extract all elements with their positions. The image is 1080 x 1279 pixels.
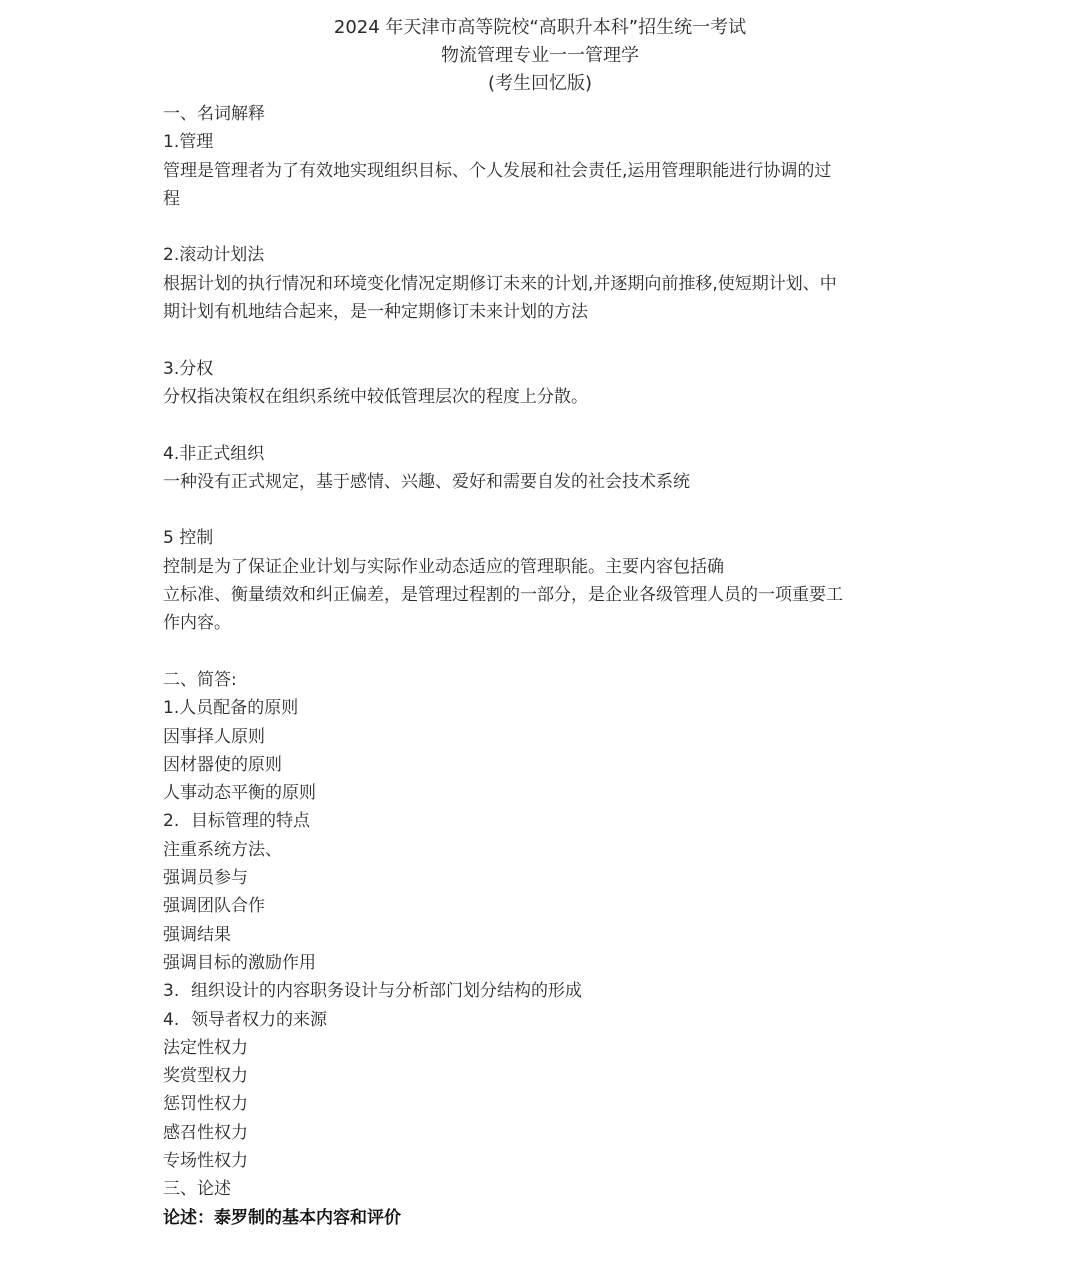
answer-point: 因材器使的原则 <box>163 751 923 779</box>
spacer <box>163 496 923 524</box>
question-title: 3.组织设计的内容职务设计与分析部门划分结构的形成 <box>163 977 923 1005</box>
document-subtitle: 物流管理专业一一管理学 <box>0 42 1080 70</box>
section-heading-3: 三、论述 <box>163 1175 923 1203</box>
essay-question: 论述：泰罗制的基本内容和评价 <box>163 1204 923 1232</box>
term-definition: 立标准、衡量绩效和纠正偏差，是管理过程割的一部分，是企业各级管理人员的一项重要工 <box>163 581 923 609</box>
section-heading-1: 一、名词解释 <box>163 100 923 128</box>
spacer <box>163 411 923 439</box>
term-title: 5 控制 <box>163 524 923 552</box>
term-title: 4.非正式组织 <box>163 440 923 468</box>
term-definition: 期计划有机地结合起来，是一种定期修订未来计划的方法 <box>163 298 923 326</box>
answer-point: 人事动态平衡的原则 <box>163 779 923 807</box>
question-text: 目标管理的特点 <box>191 811 310 831</box>
spacer <box>163 638 923 666</box>
document-title: 2024 年天津市高等院校“高职升本科”招生统一考试 <box>0 14 1080 42</box>
term-definition: 程 <box>163 185 923 213</box>
answer-point: 专场性权力 <box>163 1147 923 1175</box>
spacer <box>163 326 923 354</box>
term-definition: 控制是为了保证企业计划与实际作业动态适应的管理职能。主要内容包括确 <box>163 553 923 581</box>
term-definition: 管理是管理者为了有效地实现组织目标、个人发展和社会责任,运用管理职能进行协调的过 <box>163 157 923 185</box>
answer-point: 强调目标的激励作用 <box>163 949 923 977</box>
term-definition: 根据计划的执行情况和环境变化情况定期修订未来的计划,并逐期向前推移,使短期计划、… <box>163 270 923 298</box>
term-title: 2.滚动计划法 <box>163 241 923 269</box>
question-text: 组织设计的内容职务设计与分析部门划分结构的形成 <box>191 981 582 1001</box>
document-page: 2024 年天津市高等院校“高职升本科”招生统一考试 物流管理专业一一管理学 (… <box>0 0 1080 1279</box>
spacer <box>163 213 923 241</box>
answer-point: 强调团队合作 <box>163 892 923 920</box>
answer-point: 法定性权力 <box>163 1034 923 1062</box>
answer-point: 奖赏型权力 <box>163 1062 923 1090</box>
question-title: 1.人员配备的原则 <box>163 694 923 722</box>
question-title: 4.领导者权力的来源 <box>163 1006 923 1034</box>
question-number: 4. <box>163 1006 191 1034</box>
term-definition: 一种没有正式规定，基于感情、兴趣、爱好和需要自发的社会技术系统 <box>163 468 923 496</box>
document-header: 2024 年天津市高等院校“高职升本科”招生统一考试 物流管理专业一一管理学 (… <box>0 14 1080 98</box>
term-definition: 分权指决策权在组织系统中较低管理层次的程度上分散。 <box>163 383 923 411</box>
answer-point: 感召性权力 <box>163 1119 923 1147</box>
question-number: 2. <box>163 807 191 835</box>
term-title: 1.管理 <box>163 128 923 156</box>
answer-point: 因事择人原则 <box>163 723 923 751</box>
answer-point: 强调结果 <box>163 921 923 949</box>
section-heading-2: 二、简答: <box>163 666 923 694</box>
question-title: 2.目标管理的特点 <box>163 807 923 835</box>
term-definition: 作内容。 <box>163 609 923 637</box>
document-note: (考生回忆版) <box>0 70 1080 98</box>
answer-point: 惩罚性权力 <box>163 1090 923 1118</box>
answer-point: 注重系统方法、 <box>163 836 923 864</box>
document-body: 一、名词解释 1.管理 管理是管理者为了有效地实现组织目标、个人发展和社会责任,… <box>163 100 923 1232</box>
answer-point: 强调员参与 <box>163 864 923 892</box>
question-number: 3. <box>163 977 191 1005</box>
question-text: 领导者权力的来源 <box>191 1010 327 1030</box>
term-title: 3.分权 <box>163 355 923 383</box>
